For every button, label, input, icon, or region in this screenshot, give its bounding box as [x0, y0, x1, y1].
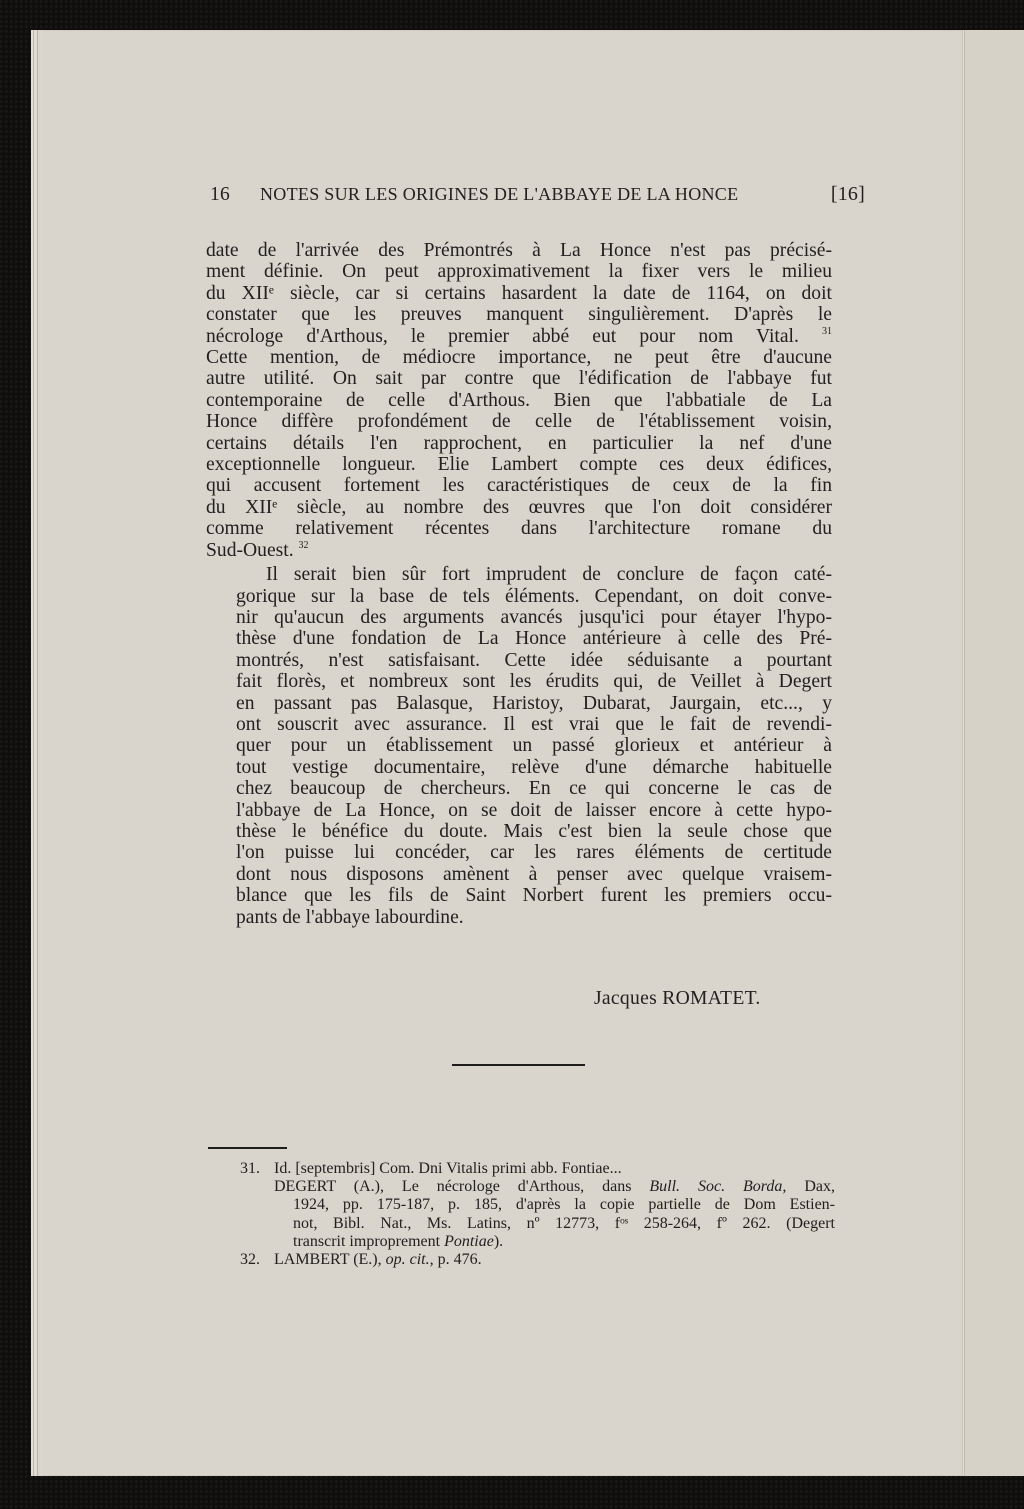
paragraph-2: Il serait bien sûr fort imprudent de con…	[206, 564, 832, 928]
text-line: en passant pas Balasque, Haristoy, Dubar…	[206, 693, 832, 714]
text-line: tout vestige documentaire, relève d'une …	[206, 757, 832, 778]
footnote-line: 1924, pp. 175-187, p. 185, d'après la co…	[274, 1196, 835, 1214]
footnote-ref-32[interactable]: 32	[299, 540, 309, 551]
italic-term: Pontiae	[444, 1233, 494, 1250]
text-line: blance que les fils de Saint Norbert fur…	[206, 885, 832, 906]
text-fragment: Sud-Ouest.	[206, 540, 294, 561]
text-line: nécrologe d'Arthous, le premier abbé eut…	[206, 326, 832, 347]
footnote-31: 31. Id. [septembris] Com. Dni Vitalis pr…	[240, 1160, 835, 1251]
text-line: quer pour un établissement un passé glor…	[206, 735, 832, 756]
page-stack-edges	[31, 30, 43, 1476]
text-line: fait florès, et nombreux sont les érudit…	[206, 671, 832, 692]
text-line: constater que les preuves manquent singu…	[206, 304, 832, 325]
text-line: Il serait bien sûr fort imprudent de con…	[206, 564, 832, 585]
body-text: date de l'arrivée des Prémontrés à La Ho…	[206, 240, 832, 928]
text-line: comme relativement récentes dans l'archi…	[206, 518, 832, 539]
journal-title: Bull. Soc. Borda,	[649, 1178, 786, 1195]
author-signature: Jacques ROMATET.	[594, 988, 761, 1010]
footnotes: 31. Id. [septembris] Com. Dni Vitalis pr…	[240, 1160, 835, 1269]
text-line: ont souscrit avec assurance. Il est vrai…	[206, 714, 832, 735]
text-fragment: DEGERT (A.), Le nécrologe d'Arthous, dan…	[274, 1178, 649, 1195]
section-divider	[452, 1064, 585, 1066]
text-line: exceptionnelle longueur. Elie Lambert co…	[206, 454, 832, 475]
text-line: Cette mention, de médiocre importance, n…	[206, 347, 832, 368]
footnote-number: 32.	[240, 1251, 260, 1269]
footnote-line: LAMBERT (E.), op. cit., p. 476.	[274, 1251, 835, 1269]
text-line: date de l'arrivée des Prémontrés à La Ho…	[206, 240, 832, 261]
text-line: gorique sur la base de tels éléments. Ce…	[206, 586, 832, 607]
footnote-line: not, Bibl. Nat., Ms. Latins, nº 12773, f…	[274, 1215, 835, 1233]
footnote-32: 32. LAMBERT (E.), op. cit., p. 476.	[240, 1251, 835, 1269]
text-fragment: ).	[494, 1233, 503, 1250]
footnote-number: 31.	[240, 1160, 260, 1178]
text-fragment: Dax,	[786, 1178, 835, 1195]
text-line: thèse le bénéfice du doute. Mais c'est b…	[206, 821, 832, 842]
text-line: qui accusent fortement les caractéristiq…	[206, 475, 832, 496]
italic-term: op. cit.,	[386, 1251, 434, 1268]
footnote-line: Id. [septembris] Com. Dni Vitalis primi …	[274, 1160, 835, 1178]
text-line: chez beaucoup de chercheurs. En ce qui c…	[206, 778, 832, 799]
text-line: pants de l'abbaye labourdine.	[206, 907, 832, 928]
paragraph-1: date de l'arrivée des Prémontrés à La Ho…	[206, 240, 832, 561]
text-line: autre utilité. On sait par contre que l'…	[206, 368, 832, 389]
text-line: l'abbaye de La Honce, on se doit de lais…	[206, 800, 832, 821]
bracket-page-number: [16]	[831, 183, 865, 206]
text-line: du XIIᵉ siècle, au nombre des œuvres que…	[206, 497, 832, 518]
text-line: certains détails l'en rapprochent, en pa…	[206, 433, 832, 454]
footnote-line: transcrit improprement Pontiae).	[274, 1233, 835, 1251]
text-line: l'on puisse lui concéder, car les rares …	[206, 842, 832, 863]
page-number: 16	[210, 184, 260, 206]
text-line: dont nous disposons amènent à penser ave…	[206, 864, 832, 885]
text-fragment: LAMBERT (E.),	[274, 1251, 386, 1268]
running-header: 16 NOTES SUR LES ORIGINES DE L'ABBAYE DE…	[210, 183, 865, 206]
text-fragment: nécrologe d'Arthous, le premier abbé eut…	[206, 326, 799, 347]
text-line: thèse d'une fondation de La Honce antéri…	[206, 628, 832, 649]
book-gutter	[962, 30, 965, 1476]
text-line: Sud-Ouest. 32	[206, 540, 832, 561]
text-fragment: transcrit improprement	[293, 1233, 444, 1250]
footnote-line: DEGERT (A.), Le nécrologe d'Arthous, dan…	[274, 1178, 835, 1196]
text-line: montrés, n'est satisfaisant. Cette idée …	[206, 650, 832, 671]
text-fragment: p. 476.	[434, 1251, 482, 1268]
text-line: du XIIᵉ siècle, car si certains hasarden…	[206, 283, 832, 304]
facing-page-edge	[965, 30, 1024, 1476]
text-line: ment définie. On peut approximativement …	[206, 261, 832, 282]
running-title: NOTES SUR LES ORIGINES DE L'ABBAYE DE LA…	[260, 184, 831, 205]
text-line: Honce diffère profondément de celle de l…	[206, 411, 832, 432]
footnote-ref-31[interactable]: 31	[822, 326, 832, 337]
text-line: nir qu'aucun des arguments avancés jusqu…	[206, 607, 832, 628]
footnote-separator	[208, 1147, 287, 1149]
text-line: contemporaine de celle d'Arthous. Bien q…	[206, 390, 832, 411]
